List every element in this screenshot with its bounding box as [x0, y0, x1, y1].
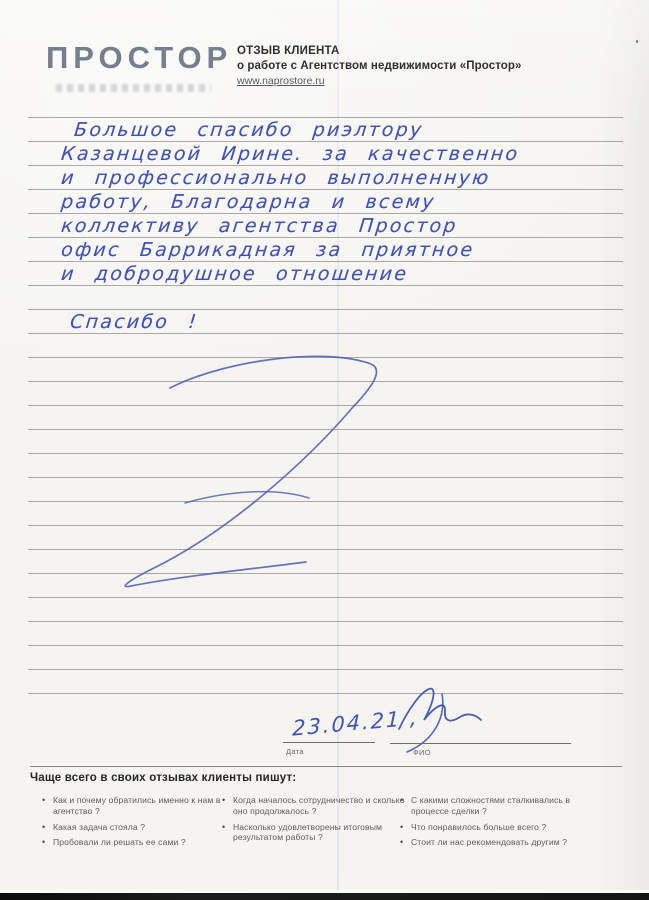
handwritten-line: [60, 286, 603, 310]
footer-bullet-item: Какая задача стояла ?: [53, 822, 221, 833]
prostor-logo: ПРОСТОР: [46, 40, 232, 76]
scanned-review-page: { "header": { "logo_text": "ПРОСТОР", "t…: [0, 0, 649, 900]
footer-bullet-item: Как и почему обратились именно к нам в а…: [53, 795, 221, 817]
footer-heading: Чаще всего в своих отзывах клиенты пишут…: [30, 772, 296, 784]
handwritten-line: коллективу агентства Простор: [60, 214, 603, 238]
handwritten-line: Казанцевой Ирине. за качественно: [60, 142, 603, 166]
handwritten-line: работу, Благодарна и всему: [60, 190, 603, 214]
form-subtitle: о работе с Агентством недвижимости «Прос…: [237, 59, 522, 74]
scan-edge-shadow: [0, 893, 649, 900]
handwritten-line: Большое спасибо риэлтору: [60, 118, 603, 142]
footer-divider: [30, 766, 622, 767]
handwritten-line: офис Баррикадная за приятное: [60, 238, 603, 262]
form-header: ОТЗЫВ КЛИЕНТА о работе с Агентством недв…: [237, 44, 522, 89]
footer-column-1: Как и почему обратились именно к нам в а…: [53, 795, 221, 853]
pen-flourish-drawing: [90, 340, 420, 600]
date-label: Дата: [286, 747, 304, 756]
handwritten-review: Большое спасибо риэлтору Казанцевой Ирин…: [60, 118, 600, 334]
footer-column-3: С какими сложностями сталкивались в проц…: [411, 795, 583, 853]
name-underline: [390, 743, 571, 744]
footer-bullet-item: Пробовали ли решать ее сами ?: [53, 837, 221, 848]
footer-bullet-item: Что понравилось больше всего ?: [411, 822, 583, 833]
handwritten-line: и профессионально выполненную: [60, 166, 603, 190]
footer-bullet-item: Когда началось сотрудничество и сколько …: [233, 795, 411, 817]
footer-bullet-item: Стоит ли нас рекомендовать другим ?: [411, 837, 583, 848]
handwritten-line: Спасибо !: [60, 310, 603, 334]
date-underline: [283, 742, 375, 743]
footer-bullet-item: Насколько удовлетворены итоговым результ…: [233, 822, 411, 844]
name-label: ФИО: [413, 748, 431, 757]
logo-tagline-blur: [56, 84, 211, 92]
footer-column-2: Когда началось сотрудничество и сколько …: [233, 795, 411, 848]
scan-speck: [636, 40, 638, 43]
handwritten-signature: [385, 684, 490, 756]
agency-url: www.naprostore.ru: [237, 74, 522, 89]
footer-bullet-item: С какими сложностями сталкивались в проц…: [411, 795, 583, 817]
handwritten-line: и добродушное отношение: [60, 262, 603, 286]
form-title: ОТЗЫВ КЛИЕНТА: [237, 44, 522, 59]
